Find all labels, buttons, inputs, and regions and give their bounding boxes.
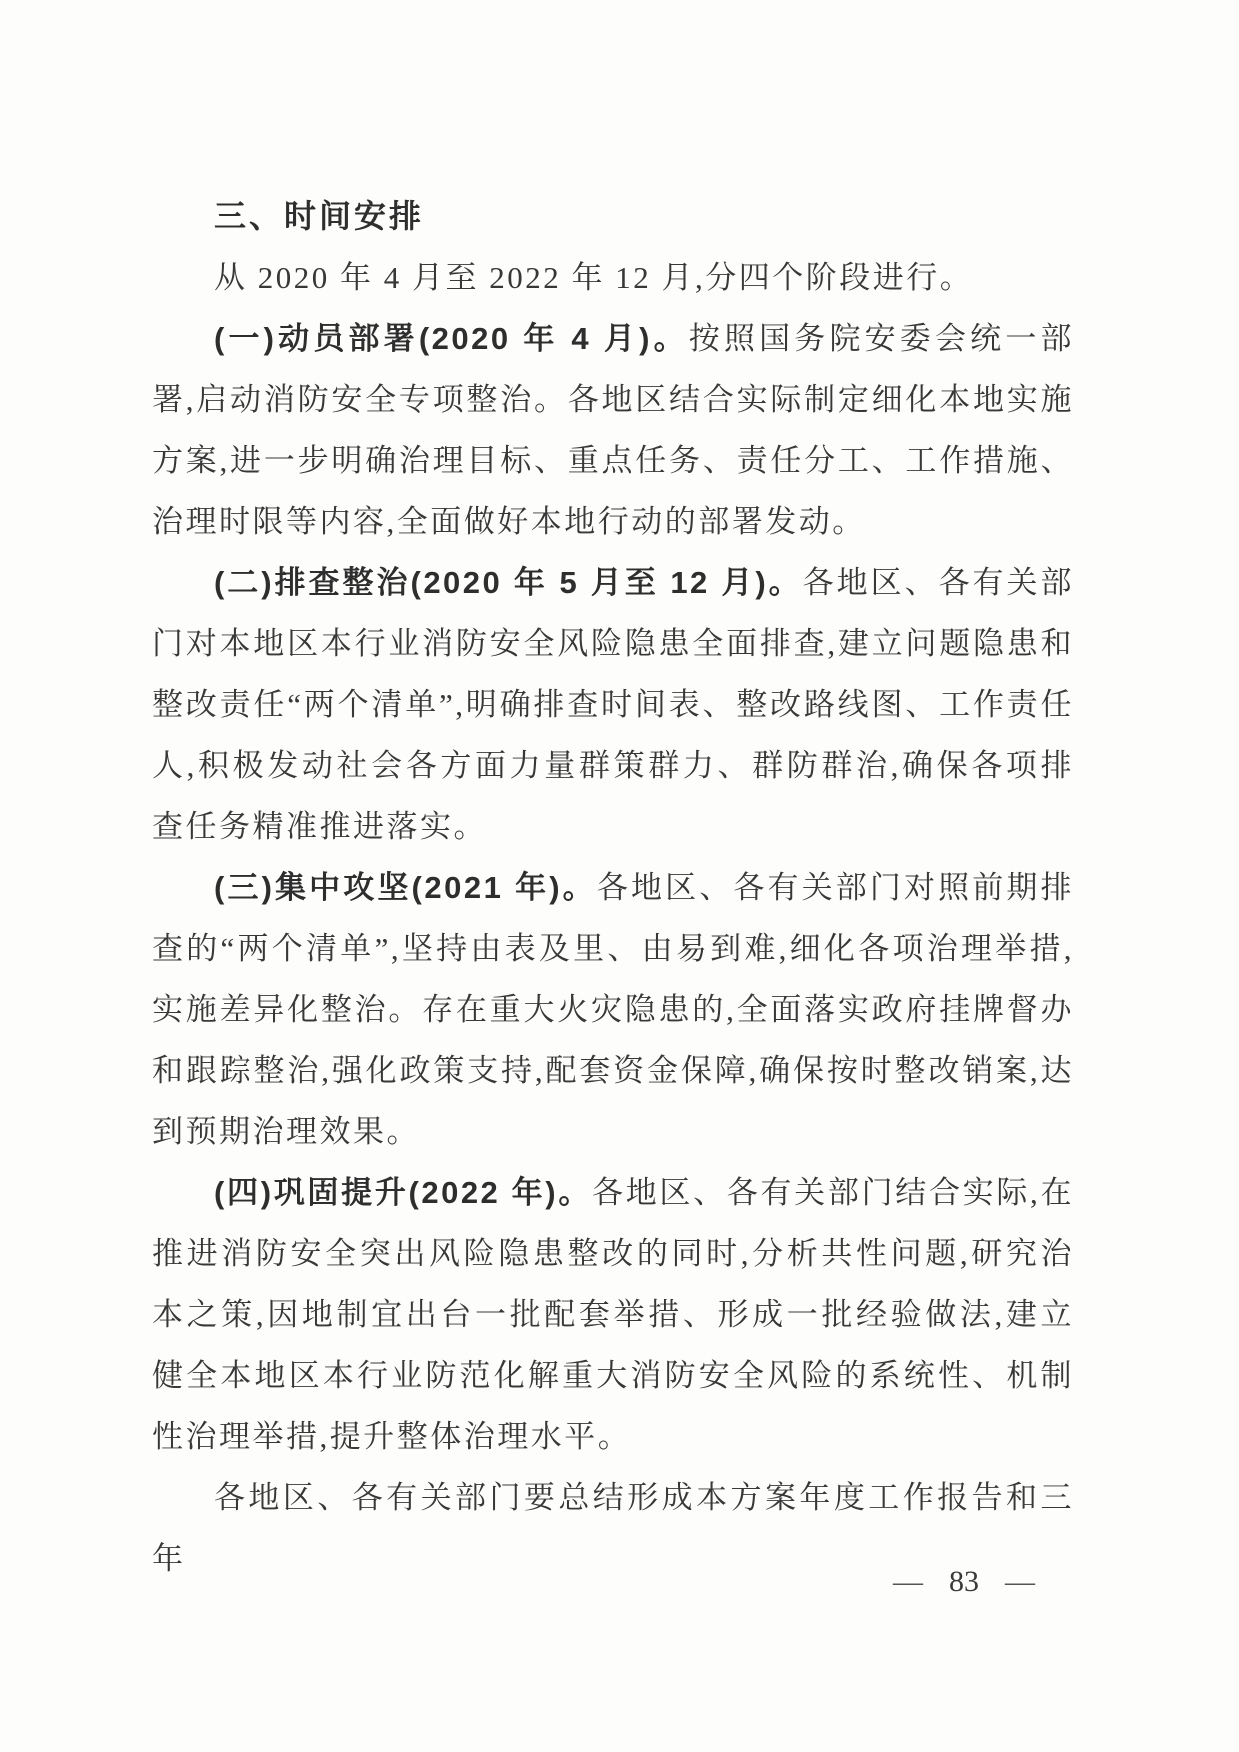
paragraph-stage-3: (三)集中攻坚(2021 年)。各地区、各有关部门对照前期排查的“两个清单”,坚… — [152, 857, 1074, 1162]
paragraph-lead: (四)巩固提升(2022 年)。 — [214, 1175, 592, 1210]
paragraph-text: 从 2020 年 4 月至 2022 年 12 月,分四个阶段进行。 — [214, 260, 973, 295]
section-heading: 三、时间安排 — [214, 186, 1074, 247]
paragraph-lead: (二)排查整治(2020 年 5 月至 12 月)。 — [214, 565, 803, 600]
page-number-value: 83 — [949, 1565, 979, 1598]
page-number-right-dash: — — [1005, 1565, 1035, 1598]
paragraph-text: 各地区、各有关部门对照前期排查的“两个清单”,坚持由表及里、由易到难,细化各项治… — [152, 870, 1074, 1149]
paragraph-stage-4: (四)巩固提升(2022 年)。各地区、各有关部门结合实际,在推进消防安全突出风… — [152, 1162, 1074, 1467]
paragraph-lead: (一)动员部署(2020 年 4 月)。 — [214, 321, 689, 356]
document-content: 三、时间安排 从 2020 年 4 月至 2022 年 12 月,分四个阶段进行… — [152, 186, 1074, 1589]
paragraph-stage-2: (二)排查整治(2020 年 5 月至 12 月)。各地区、各有关部门对本地区本… — [152, 552, 1074, 857]
page-number-left-dash: — — [893, 1565, 923, 1598]
document-page: 三、时间安排 从 2020 年 4 月至 2022 年 12 月,分四个阶段进行… — [0, 0, 1239, 1752]
page-number: —83— — [893, 1562, 1035, 1602]
paragraph-intro: 从 2020 年 4 月至 2022 年 12 月,分四个阶段进行。 — [152, 247, 1074, 308]
paragraph-lead: (三)集中攻坚(2021 年)。 — [214, 870, 597, 905]
paragraph-text: 各地区、各有关部门结合实际,在推进消防安全突出风险隐患整改的同时,分析共性问题,… — [152, 1175, 1074, 1454]
paragraph-stage-1: (一)动员部署(2020 年 4 月)。按照国务院安委会统一部署,启动消防安全专… — [152, 308, 1074, 552]
paragraph-text: 各地区、各有关部门对本地区本行业消防安全风险隐患全面排查,建立问题隐患和整改责任… — [152, 565, 1074, 844]
